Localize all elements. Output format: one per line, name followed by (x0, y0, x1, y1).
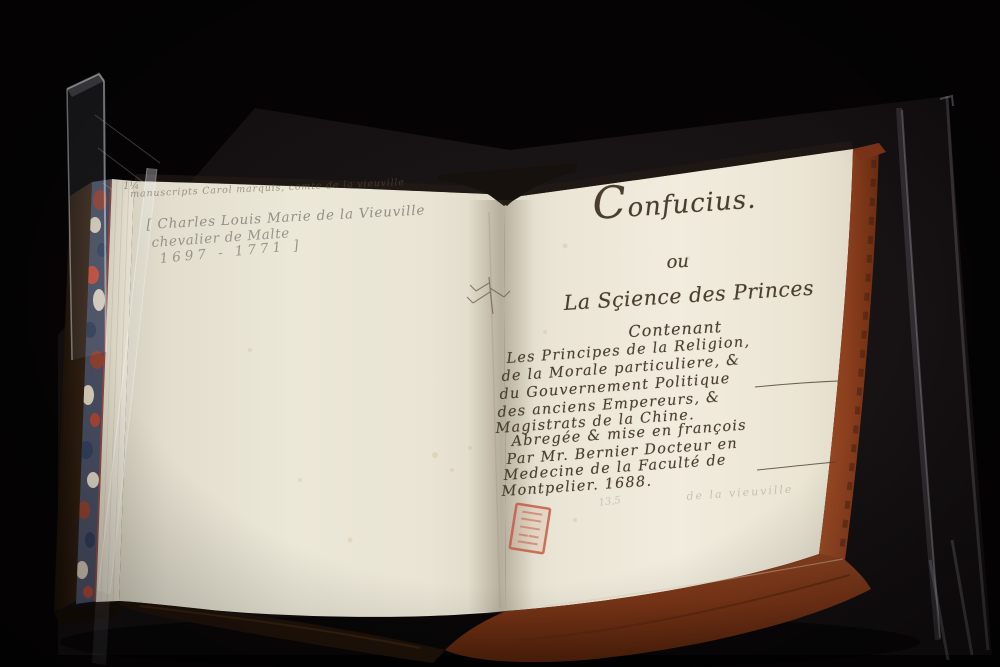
red-collector-seal (510, 504, 551, 554)
acrylic-post (67, 74, 106, 360)
scene-graphics (0, 0, 1000, 667)
photo-of-manuscript-in-display-case: Confucius. ou La Sçience des Princes Con… (0, 0, 1000, 667)
title-ou: ou (666, 251, 690, 273)
